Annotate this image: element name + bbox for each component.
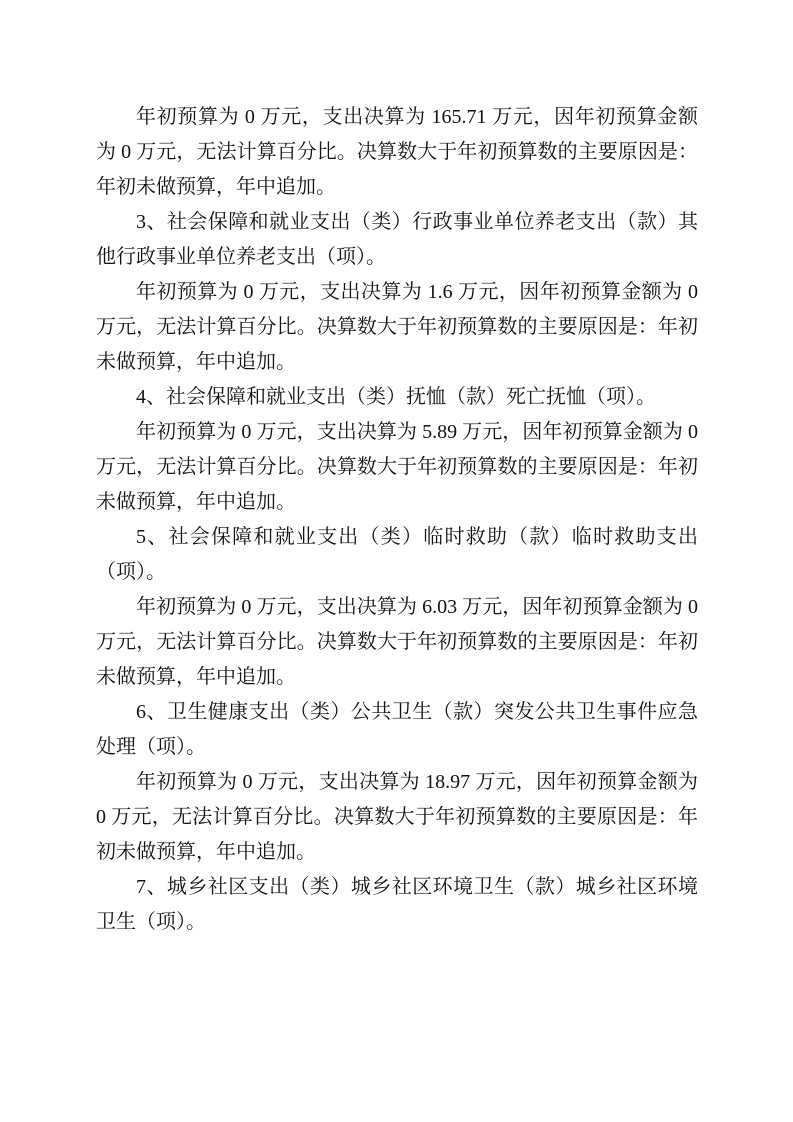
item-heading-5: 5、社会保障和就业支出（类）临时救助（款）临时救助支出（项）。: [96, 520, 698, 590]
document-text-block: 年初预算为 0 万元，支出决算为 165.71 万元，因年初预算金额为 0 万元…: [96, 100, 698, 940]
paragraph-budget-explanation: 年初预算为 0 万元，支出决算为 6.03 万元，因年初预算金额为 0 万元，无…: [96, 590, 698, 695]
item-heading-4: 4、社会保障和就业支出（类）抚恤（款）死亡抚恤（项）。: [96, 380, 698, 415]
item-heading-7: 7、城乡社区支出（类）城乡社区环境卫生（款）城乡社区环境卫生（项）。: [96, 870, 698, 940]
paragraph-budget-explanation: 年初预算为 0 万元，支出决算为 1.6 万元，因年初预算金额为 0 万元，无法…: [96, 275, 698, 380]
document-page: 年初预算为 0 万元，支出决算为 165.71 万元，因年初预算金额为 0 万元…: [0, 0, 793, 1122]
paragraph-budget-explanation: 年初预算为 0 万元，支出决算为 18.97 万元，因年初预算金额为 0 万元，…: [96, 765, 698, 870]
paragraph-budget-explanation: 年初预算为 0 万元，支出决算为 5.89 万元，因年初预算金额为 0 万元，无…: [96, 415, 698, 520]
item-heading-3: 3、社会保障和就业支出（类）行政事业单位养老支出（款）其他行政事业单位养老支出（…: [96, 205, 698, 275]
paragraph-budget-explanation: 年初预算为 0 万元，支出决算为 165.71 万元，因年初预算金额为 0 万元…: [96, 100, 698, 205]
item-heading-6: 6、卫生健康支出（类）公共卫生（款）突发公共卫生事件应急处理（项）。: [96, 695, 698, 765]
